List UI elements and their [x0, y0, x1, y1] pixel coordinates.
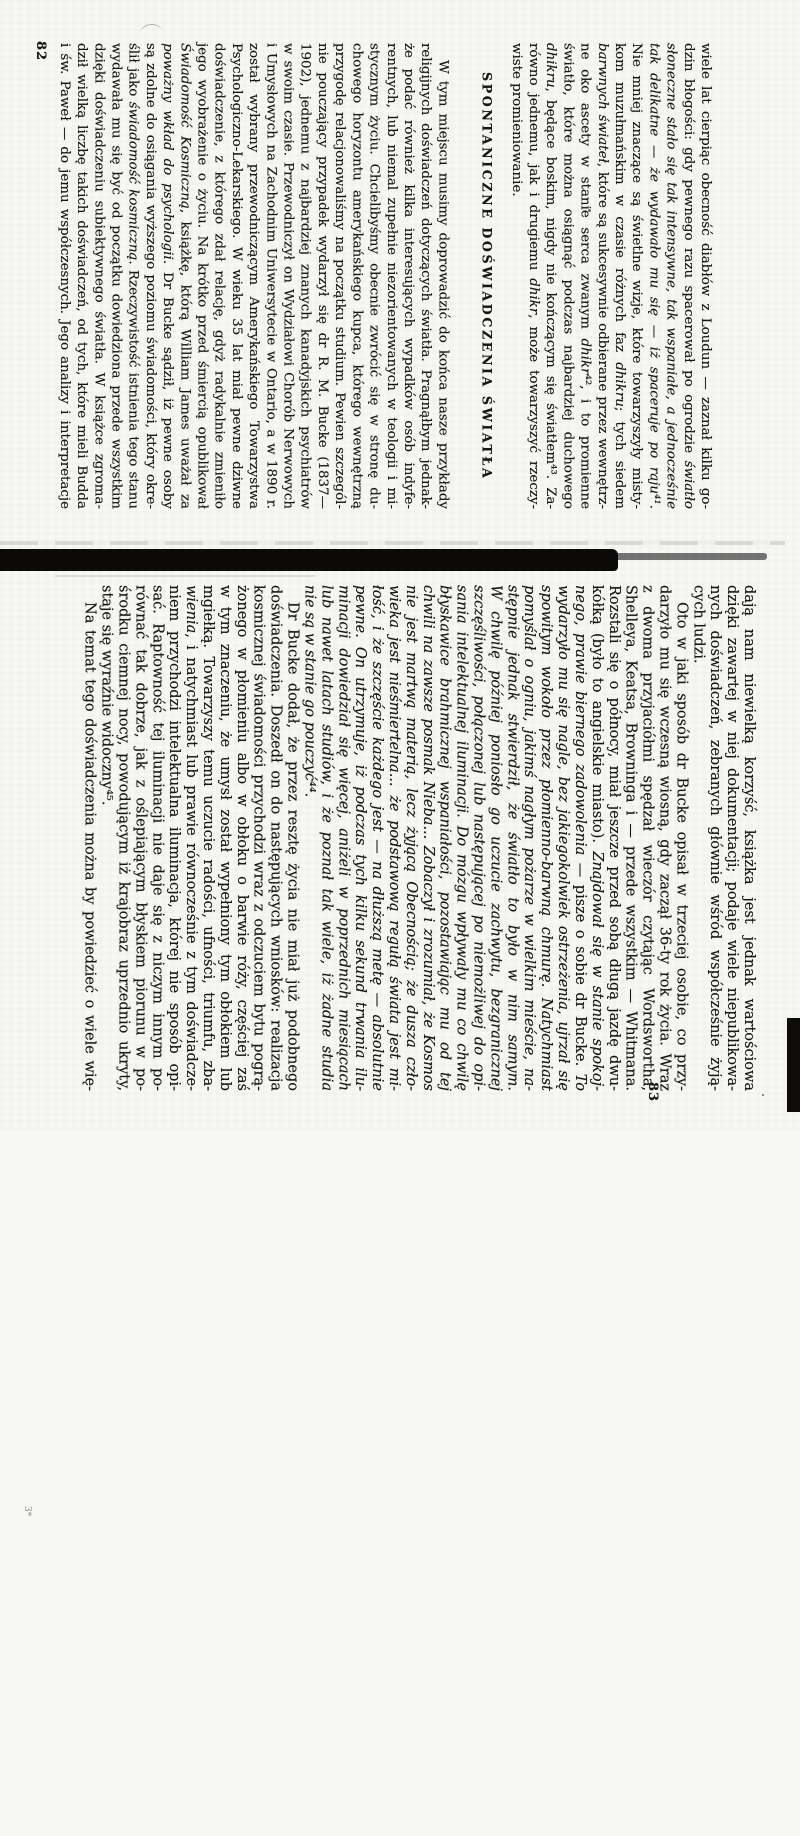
text-run: , i natychmiast lub prawie równocześnie … [183, 633, 199, 1091]
page-83-paragraphs: dają nam niewielką korzyść, książka jest… [81, 585, 757, 1091]
text-run: jego wyobrażenie o życiu. Na krótko prze… [195, 43, 210, 509]
italic-run: stępnie jednak stwierdził, że światło to… [504, 585, 520, 1091]
text-run: dzin błogości: gdy pewnego razu spacerow… [681, 43, 696, 461]
text-run: Psychologiczno-Lekarskiego. W wieku 35 l… [229, 43, 244, 509]
italic-run: tak delikatne — że wydawało mu się — iż … [646, 43, 661, 509]
text-run: dzięki doświadczeniu subiektywnego świat… [91, 43, 106, 509]
text-run: W tym miejscu musimy doprowadzić do końc… [435, 60, 450, 509]
text-run: ślił jako [126, 43, 141, 102]
printed-line: sać. Raptowność tej iluminacji nie daje … [148, 585, 165, 1091]
italic-run: lub nawet latach studiów, i że poznał ta… [318, 585, 334, 1091]
printed-line: kółką (było to angielskie miasto). Znajd… [588, 585, 605, 1091]
printed-line: nie jest martwą materią, lecz żyjącą Obe… [402, 585, 419, 1091]
printed-line: spowitym wokoło przez płomienno-barwną c… [537, 585, 554, 1091]
printed-line: błyskawice brahmicznej wspaniałości, poz… [436, 585, 453, 1091]
printed-line: Na temat tego doświadczenia można by pow… [81, 585, 98, 1091]
italic-run: błyskawice brahmicznej wspaniałości, poz… [437, 585, 453, 1091]
text-run: sać. Raptowność tej iluminacji nie daje … [149, 585, 165, 1091]
printed-line: szczęśliwości, połączonej lub następując… [470, 585, 487, 1091]
paragraph: dają nam niewielką korzyść, książka jest… [689, 585, 757, 1091]
printed-line: wieka jest nieśmiertelna... że podstawow… [385, 585, 402, 1091]
printed-line: nego, prawie biernego zadowolenia — pisz… [571, 585, 588, 1091]
text-run: kosmicznej świadomości przychodzi wraz z… [251, 585, 267, 1091]
printed-line: w swoim czasie. Przewodniczył on Wydział… [279, 43, 296, 509]
printed-line: niem przychodzi intelektualna iluminacja… [165, 585, 182, 1091]
text-run: doświadczenie, z którego zdał relację, g… [212, 43, 227, 509]
text-run: światło, które można osiągnąć podczas na… [560, 43, 575, 509]
italic-run: sania intelektualnej iluminacji. Do mózg… [454, 585, 470, 1091]
italic-run: dhikr [578, 339, 593, 375]
text-run: ; tych siedem [612, 407, 627, 509]
printed-line: dził wielką liczbę takich doświadczeń, o… [73, 43, 90, 509]
text-run: i Umysłowych na Zachodnim Uniwersytecie … [263, 43, 278, 509]
printed-line: nie są w stanie go pouczyć⁴⁴. [301, 585, 318, 1091]
printed-line: poważny wkład do psychologii. Dr Bucke s… [159, 43, 176, 509]
text-run: mgiełką. Towarzyszy temu uczucie radości… [200, 585, 216, 1091]
printed-line: stępnie jednak stwierdził, że światło to… [503, 585, 520, 1091]
text-run: żonego w płomieniu albo w obłoku o barwi… [234, 585, 250, 1091]
printed-line: mgiełką. Towarzyszy temu uczucie radości… [199, 585, 216, 1091]
text-run: został wybrany przewodniczącym Amerykańs… [246, 43, 261, 509]
printed-line: łość, i że szczęście każdego jest — na d… [368, 585, 385, 1091]
text-run: , książkę, którą William James uważał za [177, 209, 192, 509]
page-82-text-block: wiele lat cierpiąc obecność diabłów z Lo… [62, 43, 714, 509]
printed-line: środku ciemnej nocy, powodującym iż kraj… [115, 585, 132, 1091]
printed-line: dzięki doświadczeniu subiektywnego świat… [90, 43, 107, 509]
printed-line: Shelleya, Keatsa, Browninga i — przede w… [622, 585, 639, 1091]
printed-line: chwili na zawsze posmak Nieba... Zobaczy… [419, 585, 436, 1091]
printed-line: słoneczne stało się tak intensywne, tak … [662, 43, 679, 509]
scan-edge-artifact [787, 1018, 800, 1112]
italic-run: dhikru [543, 43, 558, 88]
printed-line: chowego horyzontu amerykańskiego kupca, … [348, 43, 365, 509]
italic-run: To [572, 1074, 588, 1091]
printed-line: ne oko ascety w stanie serca zwanym dhik… [576, 43, 593, 509]
printed-line: Dr Bucke dodał, że przez resztę życia ni… [284, 585, 301, 1091]
text-run: są zdolne do osiągania wyższego poziomu … [143, 43, 158, 509]
italic-run: pomyślał o ogniu, jakimś nagłym pożarze … [521, 585, 537, 1091]
printed-line: rentnych, lub niemal zupełnie niezorient… [383, 43, 400, 509]
printed-line: tak delikatne — że wydawało mu się — iż … [645, 43, 662, 509]
text-run: darzyło mu się wczesną wiosną, gdy zaczą… [656, 585, 672, 1091]
printed-line: pomyślał o ogniu, jakimś nagłym pożarze … [520, 585, 537, 1091]
text-run: Oto w jaki sposób dr Bucke opisał w trze… [673, 602, 689, 1091]
printed-line: nych doświadczeń, zebranych głównie wśró… [706, 585, 723, 1091]
italic-run: barwnych świateł [595, 43, 610, 163]
printed-line: wydawała mu się być od początku dowiedzi… [107, 43, 124, 509]
italic-run: pewne. On utrzymuje, iż podczas tych kil… [352, 585, 368, 1091]
text-run: — pisze o sobie dr Bucke. [572, 855, 588, 1073]
printed-line: w tym znaczeniu, że umysł został wypełni… [216, 585, 233, 1091]
printed-line: minacji dowiedział się więcej, aniżeli w… [334, 585, 351, 1091]
text-run: Shelleya, Keatsa, Browninga i — przede w… [623, 585, 639, 1091]
printed-line: przygodę relacjonowaliśmy na początku st… [331, 43, 348, 509]
gutter-shadow-bar [0, 549, 618, 571]
text-run: doświadczenia. Doszedł on do następujący… [268, 585, 284, 1091]
italic-run: minacji dowiedział się więcej, aniżeli w… [335, 585, 351, 1091]
italic-run: nie są w stanie go pouczyć⁴⁴. [301, 585, 317, 797]
printed-line: kosmicznej świadomości przychodzi wraz z… [250, 585, 267, 1091]
text-run: dzięki zawartej w niej dokumentacji; pod… [724, 585, 740, 1091]
italic-run: poważny wkład do psychologii [160, 43, 175, 260]
text-run: cych ludzi. [690, 585, 706, 664]
printed-line: kom muzułmańskim w czasie różnych faz dh… [611, 43, 628, 509]
text-run: równać tak dobrze, jak z oślepiającym bł… [132, 585, 148, 1091]
italic-run: nego, prawie biernego zadowolenia [572, 585, 588, 855]
chapter-heading: SPONTANICZNE DOŚWIADCZENIA ŚWIATŁA [478, 43, 495, 509]
printed-line: W tym miejscu musimy doprowadzić do końc… [434, 43, 451, 509]
text-run: nie pouczający przypadek wydarzył się dr… [315, 43, 330, 509]
italic-run: światło [681, 461, 696, 509]
printed-line: wiele lat cierpiąc obecność diabłów z Lo… [697, 43, 714, 509]
page-82-section-paragraph: W tym miejscu musimy doprowadzić do końc… [56, 43, 452, 509]
printed-line: są zdolne do osiągania wyższego poziomu … [142, 43, 159, 509]
italic-run: szczęśliwości, połączonej lub następując… [471, 585, 487, 1091]
printed-line: i św. Paweł — do jemu współczesnych. Jeg… [56, 43, 73, 509]
italic-run: wieka jest nieśmiertelna... że podstawow… [386, 585, 402, 1091]
text-run: w swoim czasie. Przewodniczył on Wydział… [281, 43, 296, 509]
page-number-83: 83 [645, 1082, 660, 1102]
paragraph: Dr Bucke dodał, że przez resztę życia ni… [98, 585, 301, 1091]
text-run: Dr Bucke dodał, że przez resztę życia ni… [285, 602, 301, 1091]
printed-line: żonego w płomieniu albo w obłoku o barwi… [233, 585, 250, 1091]
printer-signature-mark: 3* [22, 1506, 32, 1516]
italic-run: Znajdował się w stanie spokoj- [589, 851, 605, 1091]
text-run: Nie mniej znaczące są świetlne wizje, kt… [629, 43, 644, 509]
text-run: Rozstali się o północy, miał jeszcze prz… [606, 585, 622, 1091]
italic-run: spowitym wokoło przez płomienno-barwną c… [538, 585, 554, 1091]
text-run: środku ciemnej nocy, powodującym iż kraj… [115, 585, 131, 1091]
gutter-shadow-tail [612, 553, 767, 560]
text-run: dził wielką liczbę takich doświadczeń, o… [74, 43, 89, 509]
italic-run: dhikr [526, 278, 541, 314]
printed-line: wydarzyło mu się nagle, bez jakiegokolwi… [554, 585, 571, 1091]
italic-run: W chwilę później poniosło go uczucie zac… [487, 585, 503, 1091]
text-run: i św. Paweł — do jemu współczesnych. Jeg… [57, 43, 72, 509]
text-run: . Rzeczywistość istnienia tego stanu [126, 260, 141, 509]
scanned-book-spread: { "document": { "type": "rotated book sc… [0, 0, 800, 1836]
italic-run: dhikru [612, 362, 627, 407]
text-run: wydawała mu się być od początku dowiedzi… [109, 43, 124, 509]
printed-line: dzin błogości: gdy pewnego razu spacerow… [680, 43, 697, 509]
paragraph: Na temat tego doświadczenia można by pow… [81, 585, 98, 1091]
printed-line: że podać również kilka interesujących wy… [400, 43, 417, 509]
printed-line: doświadczenie, z którego zdał relację, g… [211, 43, 228, 509]
text-run: 1902), jednemu z najbardziej znanych kan… [298, 43, 313, 509]
text-run: wiele lat cierpiąc obecność diabłów z Lo… [698, 43, 713, 509]
scan-streak-line-2 [55, 575, 315, 577]
italic-run: chwili na zawsze posmak Nieba... Zobaczy… [420, 585, 436, 1091]
text-run: , będące boskim, nigdy nie kończącym się… [543, 88, 558, 509]
printed-line: doświadczenia. Doszedł on do następujący… [267, 585, 284, 1091]
printed-line: staje się wyraźnie widoczny⁴⁵. [98, 585, 115, 1091]
printed-line: religijnych doświadczeń dotyczących świa… [417, 43, 434, 509]
printed-line: lub nawet latach studiów, i że poznał ta… [317, 585, 334, 1091]
page-number-82: 82 [33, 41, 48, 61]
scan-streak-line [0, 541, 785, 545]
printed-line: Oto w jaki sposób dr Bucke opisał w trze… [672, 585, 689, 1091]
italic-run: wienia [183, 585, 199, 633]
text-run: kom muzułmańskim w czasie różnych faz [612, 43, 627, 362]
printed-line: jego wyobrażenie o życiu. Na krótko prze… [193, 43, 210, 509]
text-run: staje się wyraźnie widoczny⁴⁵. [99, 585, 115, 805]
printed-line: dają nam niewielką korzyść, książka jest… [740, 585, 757, 1091]
text-run: dają nam niewielką korzyść, książka jest… [741, 585, 757, 1091]
text-run: Na temat tego doświadczenia można by pow… [82, 602, 98, 1091]
italic-run: łość, i że szczęście każdego jest — na d… [369, 585, 385, 1091]
printed-line: światło, które można osiągnąć podczas na… [559, 43, 576, 509]
text-run: . Dr Bucke sądził, iż pewne osoby [160, 260, 175, 509]
printed-line: Nie mniej znaczące są świetlne wizje, kt… [628, 43, 645, 509]
printed-line: wiste promieniowanie. [508, 43, 525, 509]
ink-speck [588, 209, 591, 212]
printed-line: pewne. On utrzymuje, iż podczas tych kil… [351, 585, 368, 1091]
printed-line: stycznym życiu. Chcielibyśmy obecnie zwr… [365, 43, 382, 509]
text-run: stycznym życiu. Chcielibyśmy obecnie zwr… [367, 43, 382, 509]
paragraph: Oto w jaki sposób dr Bucke opisał w trze… [301, 585, 690, 1091]
page-82-previous-section: wiele lat cierpiąc obecność diabłów z Lo… [508, 43, 714, 509]
printed-line: barwnych świateł, które są sukcesywnie o… [594, 43, 611, 509]
ink-speck [492, 632, 494, 634]
printed-line: ślił jako świadomość kosmiczną. Rzeczywi… [125, 43, 142, 509]
printed-line: został wybrany przewodniczącym Amerykańs… [245, 43, 262, 509]
text-run: że podać również kilka interesujących wy… [401, 43, 416, 509]
printed-line: równo jednemu, jak i drugiemu dhikr, moż… [525, 43, 542, 509]
text-run: równo jednemu, jak i drugiemu [526, 43, 541, 278]
italic-run: świadomość kosmiczną [126, 102, 141, 261]
text-run: nych doświadczeń, zebranych głównie wśró… [707, 585, 723, 1091]
text-run: z dwoma przyjaciółmi spędzał wieczór czy… [640, 585, 656, 1091]
printed-line: wienia, i natychmiast lub prawie równocz… [182, 585, 199, 1091]
printed-line: Świadomość Kosmiczną, książkę, którą Wil… [176, 43, 193, 509]
text-run: rentnych, lub niemal zupełnie niezorient… [384, 43, 399, 509]
pencil-squiggle-artifact [139, 23, 162, 36]
printed-line: 1902), jednemu z najbardziej znanych kan… [297, 43, 314, 509]
text-run: ⁴², i to promienne [578, 375, 593, 510]
printed-line: darzyło mu się wczesną wiosną, gdy zaczą… [656, 585, 673, 1091]
text-run: w tym znaczeniu, że umysł został wypełni… [217, 585, 233, 1091]
text-run: , które są sukcesywnie odbierane przez w… [595, 163, 610, 509]
printed-line: i Umysłowych na Zachodnim Uniwersytecie … [262, 43, 279, 509]
text-run: niem przychodzi intelektualna iluminacja… [166, 585, 182, 1091]
printed-line: równać tak dobrze, jak z oślepiającym bł… [131, 585, 148, 1091]
printed-line: Psychologiczno-Lekarskiego. W wieku 35 l… [228, 43, 245, 509]
text-run: chowego horyzontu amerykańskiego kupca, … [349, 43, 364, 509]
printed-line: z dwoma przyjaciółmi spędzał wieczór czy… [639, 585, 656, 1091]
text-run: religijnych doświadczeń dotyczących świa… [418, 43, 433, 509]
text-run: , może towarzyszyć rzeczy- [526, 314, 541, 509]
printed-line: cych ludzi. [689, 585, 706, 1091]
printed-line: dzięki zawartej w niej dokumentacji; pod… [723, 585, 740, 1091]
italic-run: Świadomość Kosmiczną [177, 43, 192, 209]
printed-line: nie pouczający przypadek wydarzył się dr… [314, 43, 331, 509]
page-83-text-block: dają nam niewielką korzyść, książka jest… [80, 585, 757, 1091]
italic-run: nie jest martwą materią, lecz żyjącą Obe… [403, 585, 419, 1091]
printed-line: Rozstali się o północy, miał jeszcze prz… [605, 585, 622, 1091]
ink-speck [762, 1094, 764, 1096]
printed-line: dhikru, będące boskim, nigdy nie kończąc… [542, 43, 559, 509]
italic-run: słoneczne stało się tak intensywne, tak … [664, 43, 679, 509]
text-run: wiste promieniowanie. [509, 43, 524, 197]
printed-line: W chwilę później poniosło go uczucie zac… [487, 585, 504, 1091]
printed-line: sania intelektualnej iluminacji. Do mózg… [453, 585, 470, 1091]
text-run: ne oko ascety w stanie serca zwanym [578, 43, 593, 339]
text-run: kółką (było to angielskie miasto). [589, 585, 605, 851]
text-run: przygodę relacjonowaliśmy na początku st… [332, 43, 347, 509]
italic-run: wydarzyło mu się nagle, bez jakiegokolwi… [555, 585, 571, 1091]
